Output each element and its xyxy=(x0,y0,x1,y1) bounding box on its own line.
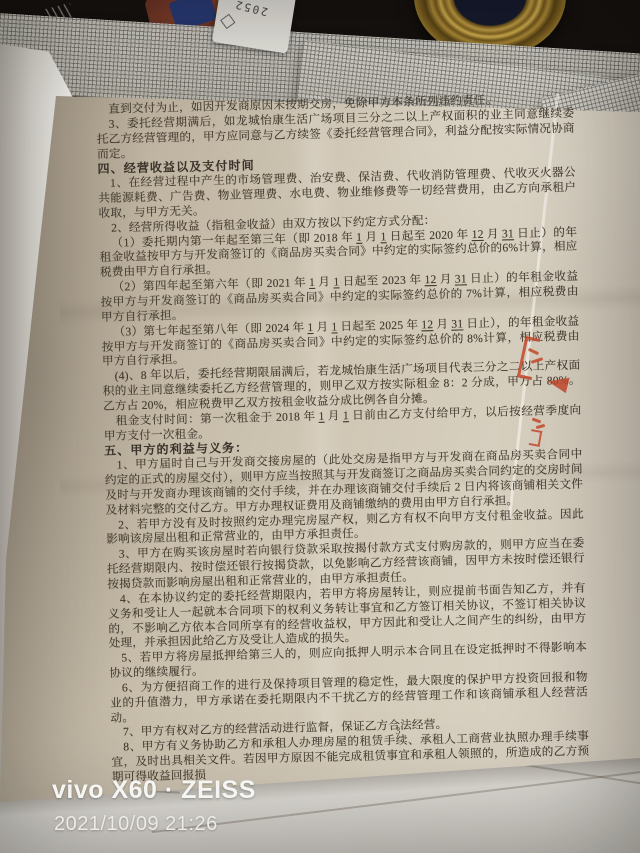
filled-in-date-value: 31 xyxy=(499,227,517,240)
filled-in-date-value: 1 xyxy=(377,230,389,243)
text-run: 月 xyxy=(486,227,499,240)
filled-in-date-value: 1 xyxy=(340,409,352,422)
text-run: 4、在本协议约定的委托经营期限内，若甲方将房屋转让，则应提前书面告知乙方，并有义… xyxy=(108,581,587,650)
filled-in-date-value: 1 xyxy=(330,275,342,288)
contract-text: 直到交付为止，如因开发商原因未按期交房，免除甲方本条所列违约责任。3、委托经营期… xyxy=(96,92,590,786)
text-run: 日起至 2020 年 xyxy=(389,228,468,243)
filled-in-date-value: 1 xyxy=(315,409,327,422)
text-run: 日起至 2023 年 xyxy=(342,274,421,289)
page-number: 3 xyxy=(378,726,418,738)
filled-in-date-value: 12 xyxy=(421,273,439,286)
text-run: 月 xyxy=(439,273,452,286)
filled-in-date-value: 31 xyxy=(448,317,466,330)
filled-in-date-value: 1 xyxy=(306,276,318,289)
filled-in-date-value: 1 xyxy=(304,321,316,334)
filled-in-date-value: 31 xyxy=(452,272,470,285)
text-run: 月 xyxy=(436,317,448,330)
photo-of-contract-page: { "watermark": { "device": "vivo X60 · Z… xyxy=(0,0,640,853)
card-number: 2052 xyxy=(233,0,270,18)
text-run: 月 xyxy=(327,409,340,422)
filled-in-date-value: 12 xyxy=(468,227,486,240)
photo-timestamp: 2021/10/09 21:26 xyxy=(54,813,218,836)
text-run: 月 xyxy=(318,276,331,289)
diamond-logo-icon xyxy=(220,14,235,29)
text-run: 1、甲方届时自己与开发商交接房屋的（此处交房是指甲方与开发商在商品房买卖合同中约… xyxy=(105,448,584,517)
text-run: 月 xyxy=(365,230,378,243)
text-run: 日起至 2025 年 xyxy=(340,318,418,333)
text-run: 月 xyxy=(316,320,328,333)
camera-watermark: vivo X60 · ZEISS xyxy=(52,776,256,805)
filled-in-date-value: 1 xyxy=(328,320,340,333)
filled-in-date-value: 1 xyxy=(353,230,365,243)
contract-paragraph: 1、甲方届时自己与开发商交接房屋的（此处交房是指甲方与开发商在商品房买卖合同中约… xyxy=(104,448,583,519)
filled-in-date-value: 12 xyxy=(418,318,436,331)
